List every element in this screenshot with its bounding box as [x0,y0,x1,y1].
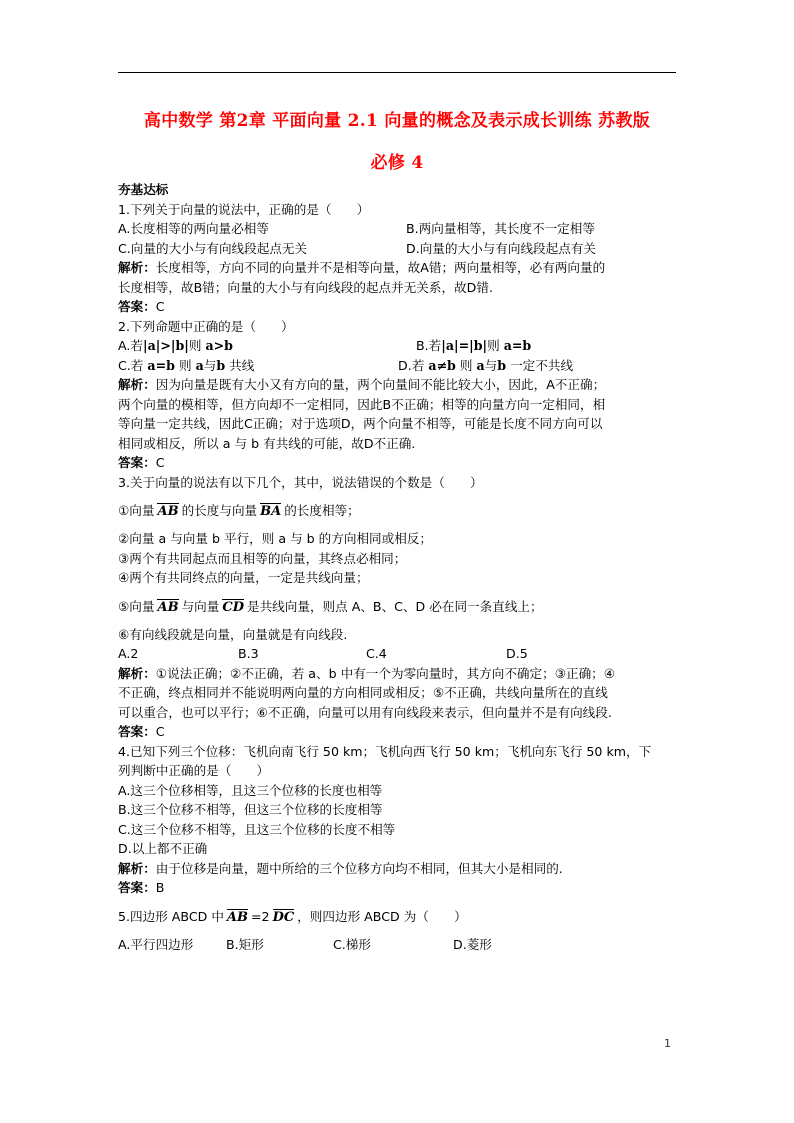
q3-item-3: ③两个有共同起点而且相等的向量，其终点必相同； [118,549,678,569]
analysis-label: 解析： [118,260,156,275]
q4-option-b: B.这三个位移不相等，但这三个位移的长度相等 [118,800,678,820]
q3-option-b: B.3 [238,644,366,664]
analysis-text: 由于位移是向量，题中所给的三个位移方向均不相同，但其大小是相同的. [156,861,563,876]
q5-options: A.平行四边形 B.矩形 C.梯形 D.菱形 [118,935,678,955]
q2-option-a: A.若|a|>|b|则 a>b [118,336,416,356]
q1-options-row1: A.长度相等的两向量必相等 B.两向量相等，其长度不一定相等 [118,219,678,239]
analysis-text: 长度相等，方向不同的向量并不是相等向量，故A错；两向量相等，必有两向量的 [156,260,605,275]
q4-option-a: A.这三个位移相等，且这三个位移的长度也相等 [118,781,678,801]
vector-cd: CD [222,599,244,615]
q1-option-c: C.向量的大小与有向线段起点无关 [118,239,406,259]
q5-stem: 5.四边形 ABCD 中AB=2DC，则四边形 ABCD 为（ ） [118,904,678,929]
q1-answer: 答案：C [118,297,678,317]
q1-option-b: B.两向量相等，其长度不一定相等 [406,219,595,239]
vector-ba: BA [260,503,281,519]
q2-option-b: B.若|a|=|b|则 a=b [416,336,531,356]
q4-analysis: 解析：由于位移是向量，题中所给的三个位移方向均不相同，但其大小是相同的. [118,859,678,879]
q4-option-c: C.这三个位移不相等，且这三个位移的长度不相等 [118,820,678,840]
answer-value: C [156,455,165,470]
section-heading: 夯基达标 [118,180,678,200]
q5-option-a: A.平行四边形 [118,935,226,955]
analysis-label: 解析： [118,861,156,876]
q1-options-row2: C.向量的大小与有向线段起点无关 D.向量的大小与有向线段起点有关 [118,239,678,259]
answer-label: 答案： [118,455,156,470]
q2-analysis-cont: 两个向量的模相等，但方向却不一定相同，因此B不正确；相等的向量方向一定相同，相 [118,395,678,415]
q4-stem: 4.已知下列三个位移：飞机向南飞行 50 km；飞机向西飞行 50 km；飞机向… [118,742,678,762]
q2-options-row1: A.若|a|>|b|则 a>b B.若|a|=|b|则 a=b [118,336,678,356]
q1-option-a: A.长度相等的两向量必相等 [118,219,406,239]
q3-option-d: D.5 [506,644,528,664]
q2-option-d: D.若 a≠b 则 a与b 一定不共线 [398,356,573,376]
q4-answer: 答案：B [118,878,678,898]
q2-stem: 2.下列命题中正确的是（ ） [118,317,678,337]
answer-label: 答案： [118,299,156,314]
analysis-text: ①说法正确；②不正确，若 a、b 中有一个为零向量时，其方向不确定；③正确；④ [156,666,615,681]
q3-analysis-cont: 不正确，终点相同并不能说明两向量的方向相同或相反；⑤不正确，共线向量所在的直线 [118,683,678,703]
analysis-label: 解析： [118,666,156,681]
vector-ab: AB [157,503,178,519]
answer-value: C [156,299,165,314]
q1-analysis: 解析：长度相等，方向不同的向量并不是相等向量，故A错；两向量相等，必有两向量的 [118,258,678,278]
q4-stem-cont: 列判断中正确的是（ ） [118,761,678,781]
document-body: 夯基达标 1.下列关于向量的说法中，正确的是（ ） A.长度相等的两向量必相等 … [118,180,678,954]
vector-ab: AB [227,909,248,925]
q1-stem: 1.下列关于向量的说法中，正确的是（ ） [118,200,678,220]
header-rule [118,72,676,73]
q3-option-a: A.2 [118,644,238,664]
vector-ab: AB [157,599,178,615]
q3-item-4: ④两个有共同终点的向量，一定是共线向量； [118,568,678,588]
analysis-text: 因为向量是既有大小又有方向的量，两个向量间不能比较大小，因此，A不正确； [156,377,605,392]
q3-options: A.2 B.3 C.4 D.5 [118,644,678,664]
q3-option-c: C.4 [366,644,506,664]
q5-option-d: D.菱形 [453,935,492,955]
document-title: 高中数学 第2章 平面向量 2.1 向量的概念及表示成长训练 苏教版 [100,106,694,131]
q2-analysis-cont: 相同或相反，所以 a 与 b 有共线的可能，故D不正确. [118,434,678,454]
q5-option-b: B.矩形 [226,935,333,955]
q3-stem: 3.关于向量的说法有以下几个，其中，说法错误的个数是（ ） [118,473,678,493]
q3-item-1: ①向量AB的长度与向量BA的长度相等； [118,498,678,523]
q2-analysis: 解析：因为向量是既有大小又有方向的量，两个向量间不能比较大小，因此，A不正确； [118,375,678,395]
document-page: 高中数学 第2章 平面向量 2.1 向量的概念及表示成长训练 苏教版 必修 4 … [0,0,794,1123]
q2-analysis-cont: 等向量一定共线，因此C正确；对于选项D，两个向量不相等，可能是长度不同方向可以 [118,414,678,434]
q5-option-c: C.梯形 [333,935,453,955]
answer-label: 答案： [118,724,156,739]
q4-option-d: D.以上都不正确 [118,839,678,859]
q2-answer: 答案：C [118,453,678,473]
q3-item-2: ②向量 a 与向量 b 平行，则 a 与 b 的方向相同或相反； [118,529,678,549]
answer-value: B [156,880,165,895]
q1-analysis-cont: 长度相等，故B错；向量的大小与有向线段的起点并无关系，故D错. [118,278,678,298]
q2-option-c: C.若 a=b 则 a与b 共线 [118,356,398,376]
q3-analysis: 解析：①说法正确；②不正确，若 a、b 中有一个为零向量时，其方向不确定；③正确… [118,664,678,684]
answer-label: 答案： [118,880,156,895]
q3-item-6: ⑥有向线段就是向量，向量就是有向线段. [118,625,678,645]
q2-options-row2: C.若 a=b 则 a与b 共线 D.若 a≠b 则 a与b 一定不共线 [118,356,678,376]
document-title-line2: 必修 4 [100,148,694,173]
answer-value: C [156,724,165,739]
page-number: 1 [664,1037,671,1050]
q1-option-d: D.向量的大小与有向线段起点有关 [406,239,596,259]
q3-item-5: ⑤向量AB与向量CD是共线向量，则点 A、B、C、D 必在同一条直线上； [118,594,678,619]
vector-dc: DC [273,909,295,925]
q3-analysis-cont: 可以重合，也可以平行；⑥不正确，向量可以用有向线段来表示，但向量并不是有向线段. [118,703,678,723]
q3-answer: 答案：C [118,722,678,742]
analysis-label: 解析： [118,377,156,392]
